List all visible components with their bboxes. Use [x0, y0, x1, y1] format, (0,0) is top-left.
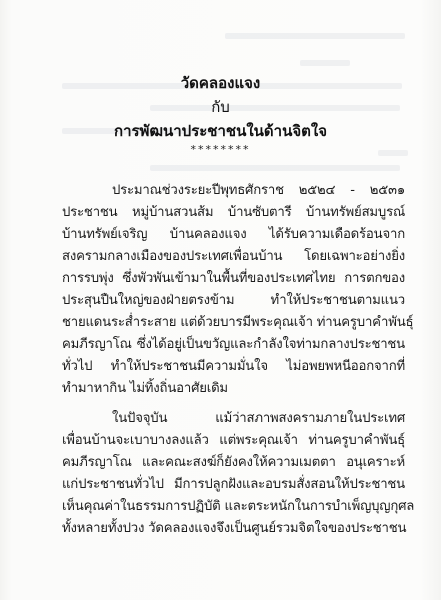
body-line: ทำมาหากิน ไม่ทิ้งถิ่นอาศัยเดิม: [62, 380, 405, 398]
body-line: สงครามกลางเมืองของประเทศเพื่อนบ้าน โดยเฉ…: [62, 248, 405, 266]
body-line: ประชาชน หมู่บ้านสวนส้ม บ้านซับตารี บ้านท…: [62, 204, 405, 222]
document-title: วัดคลองแจง: [0, 74, 441, 92]
body-line: คมภีรญาโณ ซึ่งได้อยู่เป็นขวัญและกำลังใจท…: [62, 336, 405, 354]
document-page: วัดคลองแจง กับ การพัฒนาประชาชนในด้านจิตใ…: [0, 0, 441, 600]
document-subtitle: การพัฒนาประชาชนในด้านจิตใจ: [0, 122, 441, 140]
bleed-through-mark: [150, 165, 400, 171]
body-line: ชายแดนระส่ำระสาย แต่ด้วยบารมีพระคุณเจ้า …: [62, 314, 405, 332]
body-line: บ้านทรัพย์เจริญ บ้านคลองแจง ได้รับความเด…: [62, 226, 405, 244]
document-title-conjunction: กับ: [0, 98, 441, 116]
body-line: ประสุนปืนใหญ่ของฝ่ายตรงข้าม ทำให้ประชาชน…: [62, 292, 405, 310]
body-line: ประมาณช่วงระยะปีพุทธศักราช ๒๕๒๔ - ๒๕๓๑: [112, 182, 405, 200]
body-line: แก่ประชาชนทั่วไป มีการปลูกฝังและอบรมสั่ง…: [62, 476, 405, 494]
body-line: การรบพุ่ง ซึ่งพัวพันเข้ามาในพื้นที่ของปร…: [62, 270, 405, 288]
body-line: ทั่วไป ทำให้ประชาชนมีความมั่นใจ ไม่อพยพห…: [62, 358, 405, 376]
title-separator: ********: [0, 143, 441, 156]
body-line: ในปัจจุบัน แม้ว่าสภาพสงครามภายในประเทศ: [112, 410, 405, 428]
bleed-through-mark: [225, 33, 405, 39]
body-line: เพื่อนบ้านจะเบาบางลงแล้ว แต่พระคุณเจ้า ท…: [62, 432, 405, 450]
body-line: คมภีรญาโณ และคณะสงฆ์ก็ยังคงให้ความเมตตา …: [62, 454, 405, 472]
body-line: เห็นคุณค่าในธรรมการปฏิบัติ และตระหนักในก…: [62, 498, 405, 516]
body-line: ทั้งหลายทั้งปวง วัดคลองแจงจึงเป็นศูนย์รว…: [62, 520, 405, 538]
bleed-through-mark: [300, 60, 350, 66]
